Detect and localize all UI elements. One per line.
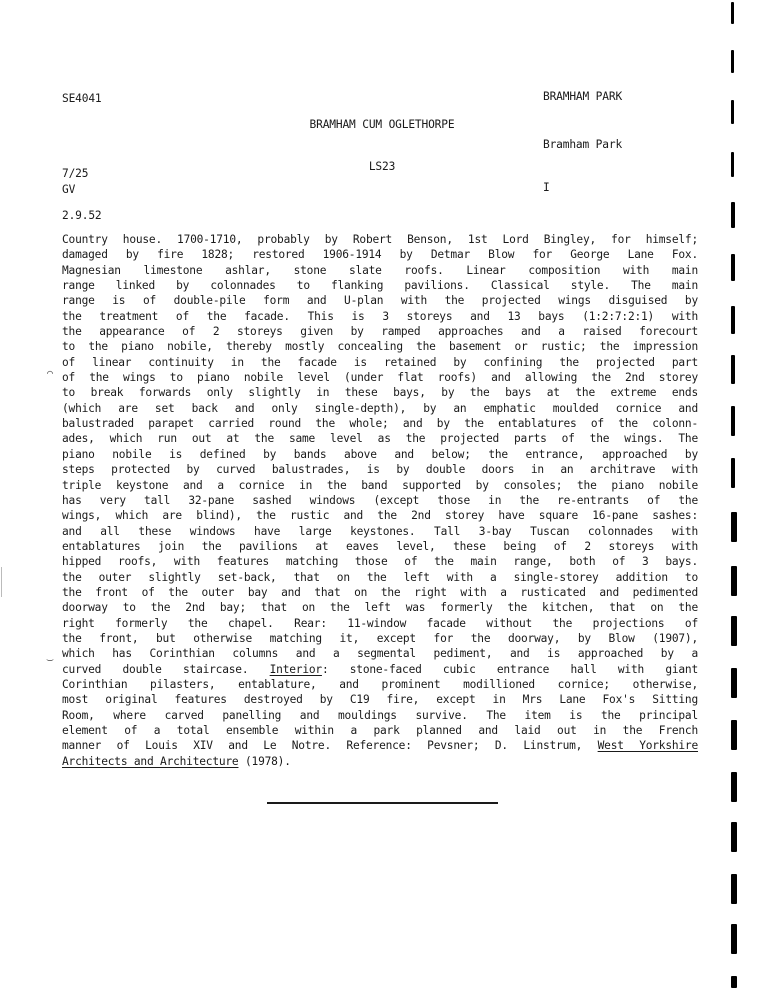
text-line: to the piano nobile, thereby mostly conc… <box>62 339 698 354</box>
text-line: which has Corinthian columns and a segme… <box>62 646 698 661</box>
text-line: manner of Louis XIV and Le Notre. Refere… <box>62 738 698 753</box>
text-line: of linear continuity in the facade is re… <box>62 355 698 370</box>
text-line: balustraded parapet carried round the wh… <box>62 416 698 431</box>
margin-line <box>1 567 2 597</box>
margin-mark-icon: ⌒ <box>47 368 53 379</box>
text-line: right formerly the chapel. Rear: 11-wind… <box>62 616 698 631</box>
listing-grade: I <box>543 181 550 195</box>
scan-edge-mark <box>731 874 737 904</box>
text-line: triple keystone and a cornice in the ban… <box>62 478 698 493</box>
list-number: 7/25 <box>62 167 102 181</box>
scan-edge-mark <box>731 668 737 698</box>
text-line: has very tall 32-pane sashed windows (ex… <box>62 493 698 508</box>
text-line: to break forwards only slightly in these… <box>62 385 698 400</box>
scan-edge-mark <box>731 355 735 384</box>
parish-name: BRAMHAM CUM OGLETHORPE <box>297 118 467 132</box>
end-divider <box>267 802 498 804</box>
reference-title: West Yorkshire <box>598 739 698 752</box>
text-line: element of a total ensemble within a par… <box>62 723 698 738</box>
parish-heading: BRAMHAM CUM OGLETHORPE LS23 <box>297 90 467 188</box>
text-line: ades, which run out at the same level as… <box>62 431 698 446</box>
text-line: the appearance of 2 storeys given by ram… <box>62 324 698 339</box>
text-line: the treatment of the facade. This is 3 s… <box>62 309 698 324</box>
text-line: the front of the outer bay and that on t… <box>62 585 698 600</box>
text-line: piano nobile is defined by bands above a… <box>62 447 698 462</box>
grid-reference: SE4041 <box>62 92 102 106</box>
text-line: damaged by fire 1828; restored 1906-1914… <box>62 247 698 262</box>
status-code: GV <box>62 183 75 197</box>
text-line: range linked by colonnades to flanking p… <box>62 278 698 293</box>
scan-edge-mark <box>731 720 737 750</box>
text-line: wings, which are blind), the rustic and … <box>62 508 698 523</box>
text-line: curved double staircase. Interior: stone… <box>62 662 698 677</box>
text-line: and all these windows have large keyston… <box>62 524 698 539</box>
text-line: Corinthian pilasters, entablature, and p… <box>62 677 698 692</box>
scan-edge-mark <box>731 976 737 988</box>
text-line: most original features destroyed by C19 … <box>62 692 698 707</box>
scan-edge-mark <box>731 616 737 646</box>
scan-edge-mark <box>731 566 737 596</box>
reference-title: Architects and Architecture <box>62 755 238 768</box>
interior-heading: Interior <box>270 663 322 676</box>
text-line: doorway to the 2nd bay; that on the left… <box>62 600 698 615</box>
postcode: LS23 <box>297 160 467 174</box>
text-line: Room, where carved panelling and mouldin… <box>62 708 698 723</box>
text-line: Country house. 1700-1710, probably by Ro… <box>62 232 698 247</box>
scan-edge-mark <box>731 202 735 228</box>
margin-mark-icon: ‿ <box>47 651 53 662</box>
text-line: (which are set back and only single-dept… <box>62 401 698 416</box>
building-name: BRAMHAM PARK <box>543 90 622 104</box>
text-line: Architects and Architecture (1978). <box>62 754 698 769</box>
text-line: Magnesian limestone ashlar, stone slate … <box>62 263 698 278</box>
text-line: the outer slightly set-back, that on the… <box>62 570 698 585</box>
scan-edge-mark <box>731 100 734 124</box>
scan-edge-mark <box>731 924 737 954</box>
building-address: Bramham Park <box>543 138 622 152</box>
text-line: of the wings to piano nobile level (unde… <box>62 370 698 385</box>
text-line: the front, but otherwise matching it, ex… <box>62 631 698 646</box>
scan-edge-mark <box>731 306 735 334</box>
text-line: hipped roofs, with features matching tho… <box>62 554 698 569</box>
text-line: entablatures join the pavilions at eaves… <box>62 539 698 554</box>
scan-edge-mark <box>731 822 737 852</box>
scan-edge-mark <box>731 458 735 488</box>
scan-edge-mark <box>731 512 737 542</box>
text-line: range is of double-pile form and U-plan … <box>62 293 698 308</box>
scan-edge-mark <box>731 406 735 436</box>
scan-edge-mark <box>731 50 734 73</box>
scan-edge-mark <box>731 2 734 24</box>
date-listed: 2.9.52 <box>62 209 102 223</box>
scan-edge-mark <box>731 254 735 281</box>
text-line: steps protected by curved balustrades, i… <box>62 462 698 477</box>
description-text: Country house. 1700-1710, probably by Ro… <box>62 232 698 769</box>
scan-edge-mark <box>731 152 734 177</box>
scan-edge-mark <box>731 772 737 802</box>
